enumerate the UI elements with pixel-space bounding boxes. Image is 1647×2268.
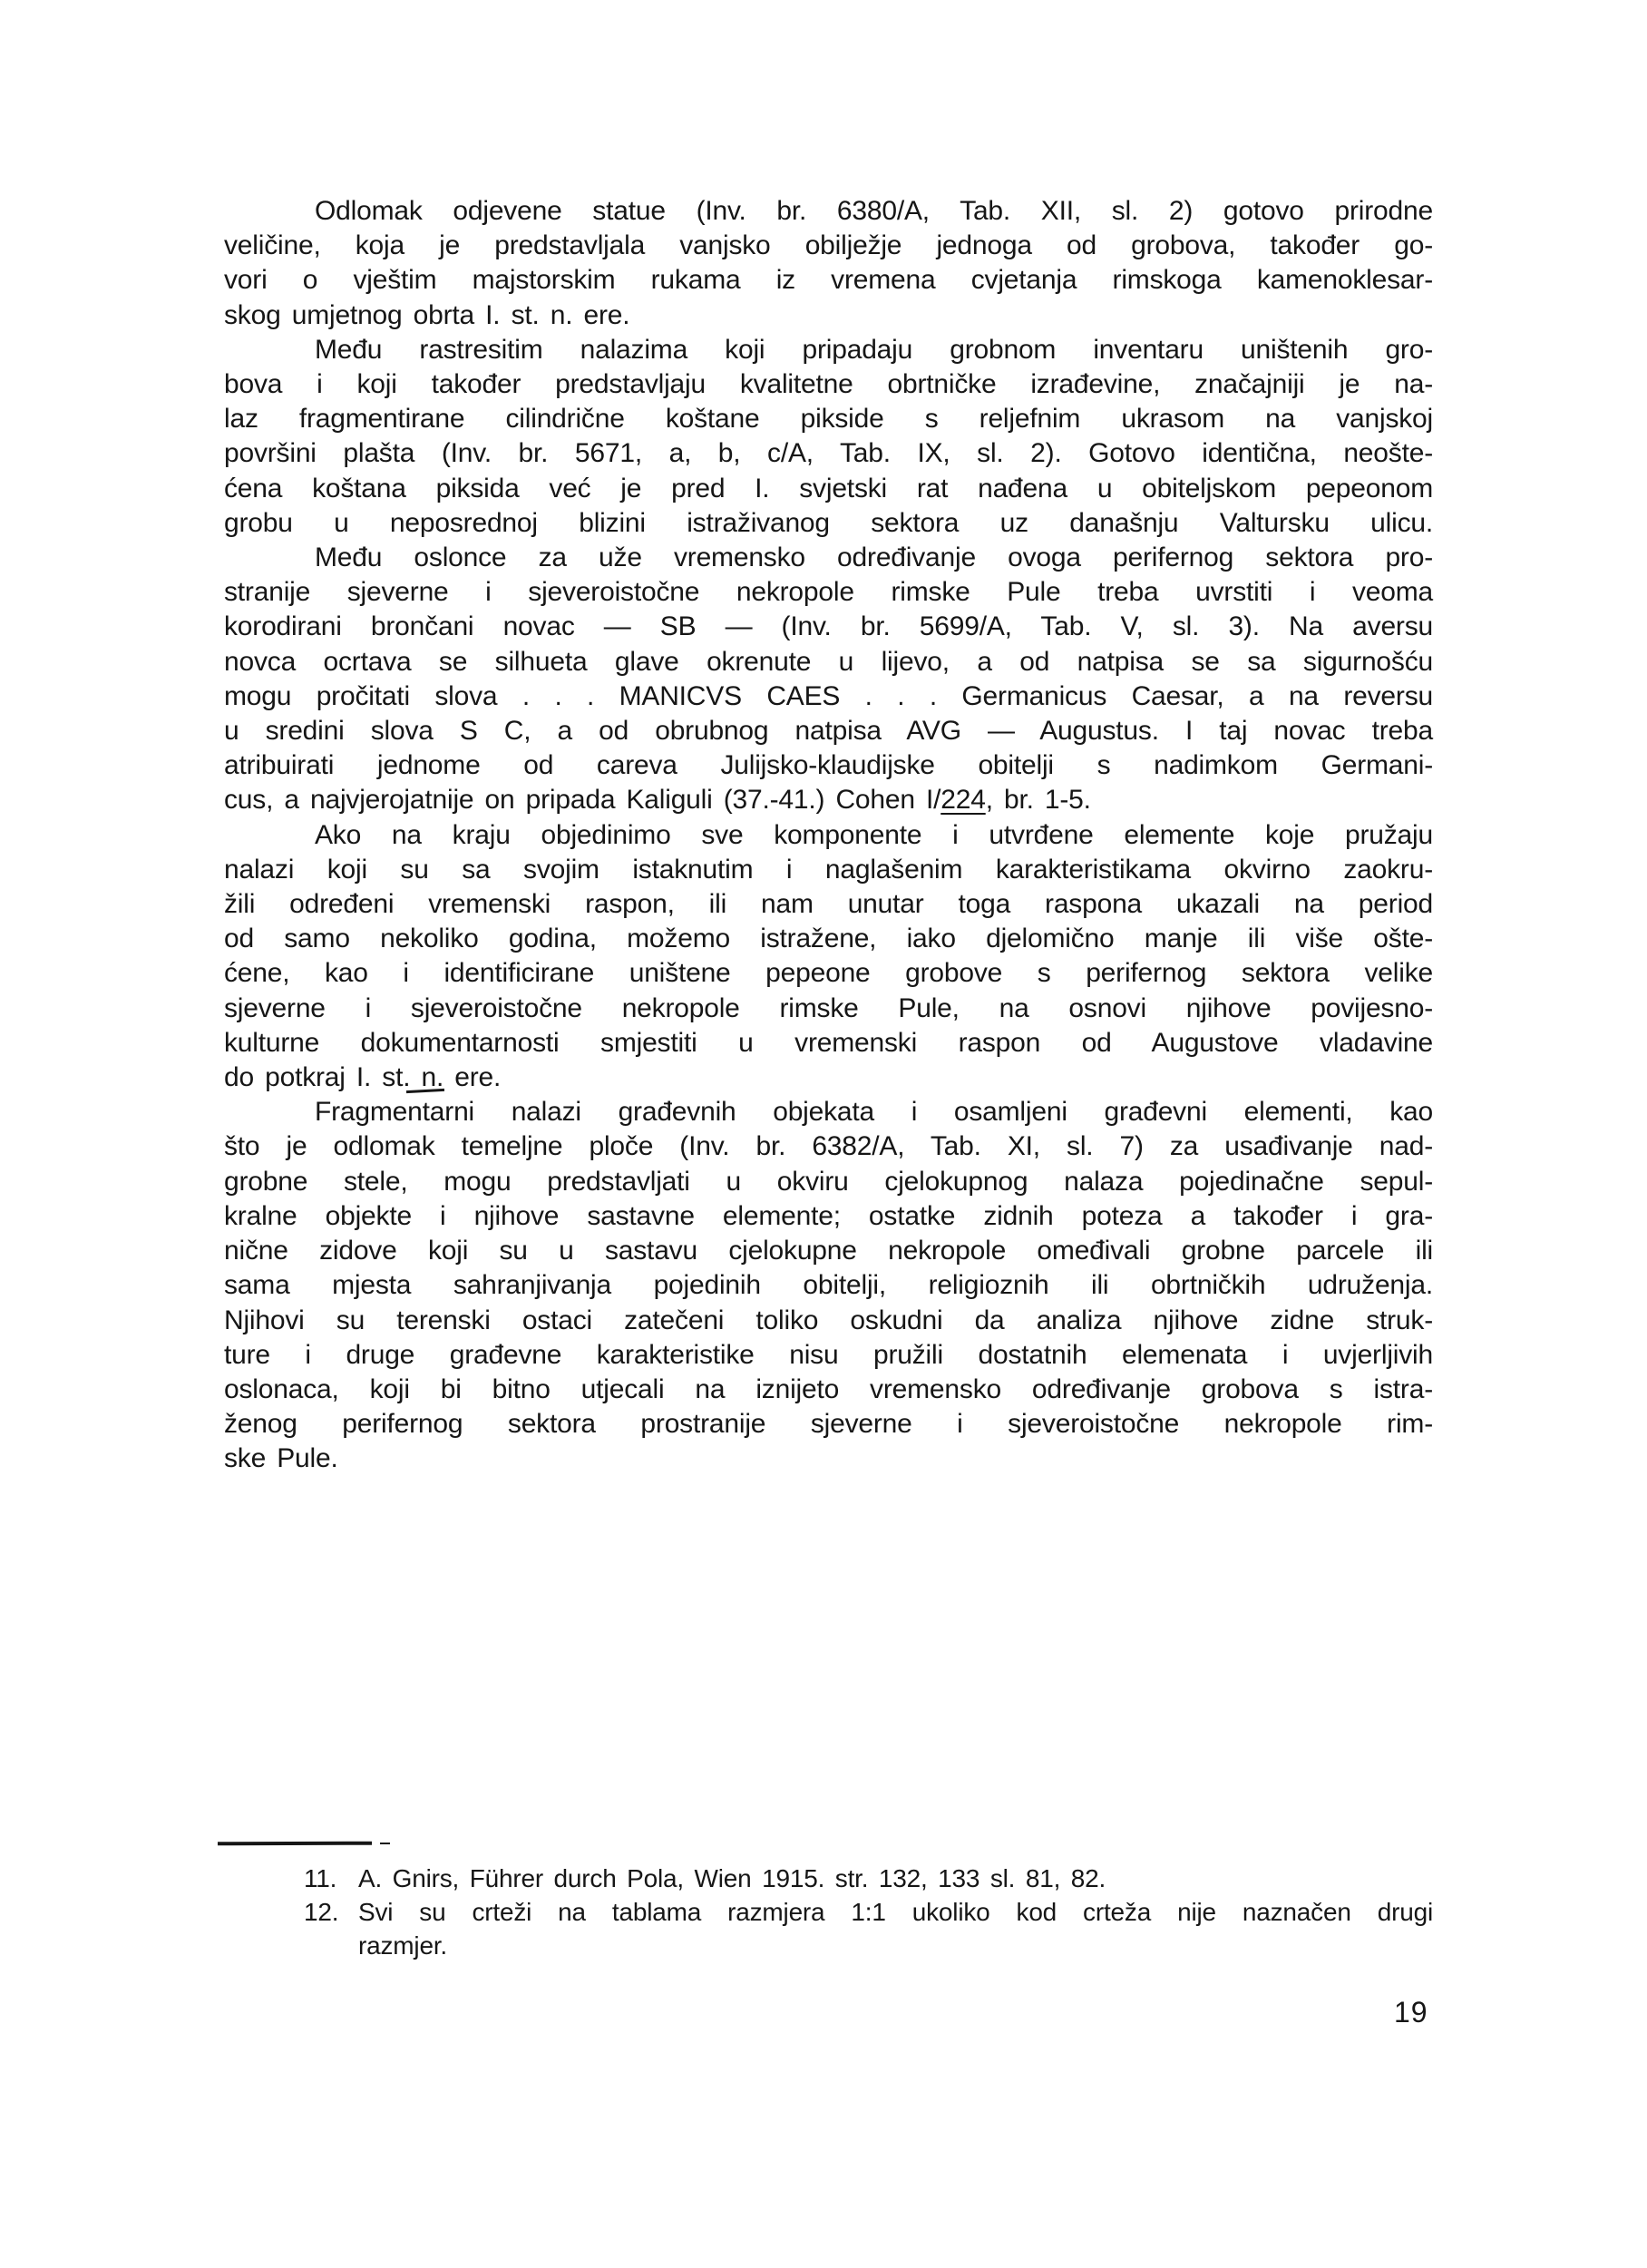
text-line: oslonaca, koji bi bitno utjecali na izni… bbox=[224, 1373, 1433, 1407]
text-line: grobne stele, mogu predstavljati u okvir… bbox=[224, 1165, 1433, 1199]
text-line: vori o vještim majstorskim rukama iz vre… bbox=[224, 263, 1433, 298]
text-line: ske Pule. bbox=[224, 1442, 1433, 1476]
footnote-text: Svi su crteži na tablama razmjera 1:1 uk… bbox=[358, 1895, 1433, 1962]
text-line: korodirani brončani novac — SB — (Inv. b… bbox=[224, 610, 1433, 644]
document-page: Odlomak odjevene statue (Inv. br. 6380/A… bbox=[0, 0, 1647, 2268]
underlined-text: 224 bbox=[940, 785, 985, 815]
text-line: veličine, koja je predstavljala vanjsko … bbox=[224, 229, 1433, 263]
text-line: bova i koji također predstavljaju kvalit… bbox=[224, 367, 1433, 402]
paragraph: Među oslonce za uže vremensko određivanj… bbox=[224, 541, 1433, 818]
text-line: što je odlomak temeljne ploče (Inv. br. … bbox=[224, 1129, 1433, 1164]
text-line: Ako na kraju objedinimo sve komponente i… bbox=[224, 818, 1433, 853]
footnote-rule-dash bbox=[380, 1843, 390, 1844]
footnote-rule bbox=[218, 1842, 392, 1846]
footnote-line: Svi su crteži na tablama razmjera 1:1 uk… bbox=[358, 1895, 1433, 1929]
text-line: skog umjetnog obrta I. st. n. ere. bbox=[224, 298, 1433, 333]
text-line: stranije sjeverne i sjeveroistočne nekro… bbox=[224, 575, 1433, 610]
text-line: novca ocrtava se silhueta glave okrenute… bbox=[224, 645, 1433, 679]
text-line: sama mjesta sahranjivanja pojedinih obit… bbox=[224, 1268, 1433, 1303]
text-line: Njihovi su terenski ostaci zatečeni toli… bbox=[224, 1304, 1433, 1338]
paragraph: Ako na kraju objedinimo sve komponente i… bbox=[224, 818, 1433, 1096]
text-line: sjeverne i sjeveroistočne nekropole rims… bbox=[224, 992, 1433, 1026]
text-line: atribuirati jednome od careva Julijsko-k… bbox=[224, 748, 1433, 783]
footnote-line: razmjer. bbox=[358, 1929, 1433, 1962]
print-artifact-mark: t bbox=[423, 1097, 430, 1127]
text-line: nične zidove koji su u sastavu cjelokupn… bbox=[224, 1234, 1433, 1268]
text-line: grobu u neposrednoj blizini istraživanog… bbox=[224, 506, 1433, 541]
text-line: Među oslonce za uže vremensko određivanj… bbox=[224, 541, 1433, 575]
text-line: ćena koštana piksida već je pred I. svje… bbox=[224, 472, 1433, 506]
footnote-text: A. Gnirs, Führer durch Pola, Wien 1915. … bbox=[358, 1862, 1433, 1895]
footnote-line: A. Gnirs, Führer durch Pola, Wien 1915. … bbox=[358, 1862, 1433, 1895]
text-line: mogu pročitati slova . . . MANICVS CAES … bbox=[224, 679, 1433, 714]
text-line: ženog perifernog sektora prostranije sje… bbox=[224, 1407, 1433, 1442]
page-number: 19 bbox=[1394, 1996, 1428, 2029]
text-line: laz fragmentirane cilindrične koštane pi… bbox=[224, 402, 1433, 436]
text-line: kulturne dokumentarnosti smjestiti u vre… bbox=[224, 1026, 1433, 1061]
text-line: ture i druge građevne karakteristike nis… bbox=[224, 1338, 1433, 1373]
paragraph: Fragmentarni nalazi građevnih objekata i… bbox=[224, 1095, 1433, 1476]
footnote-item: 12.Svi su crteži na tablama razmjera 1:1… bbox=[304, 1895, 1433, 1962]
text-line: ćene, kao i identificirane uništene pepe… bbox=[224, 956, 1433, 991]
text-line: Među rastresitim nalazima koji pripadaju… bbox=[224, 333, 1433, 367]
text-line: kralne objekte i njihove sastavne elemen… bbox=[224, 1199, 1433, 1234]
footnote-number: 12. bbox=[304, 1895, 358, 1929]
footnote-item: 11.A. Gnirs, Führer durch Pola, Wien 191… bbox=[304, 1862, 1433, 1895]
text-line: Odlomak odjevene statue (Inv. br. 6380/A… bbox=[224, 194, 1433, 229]
paragraph: Među rastresitim nalazima koji pripadaju… bbox=[224, 333, 1433, 541]
text-line: površini plašta (Inv. br. 5671, a, b, c/… bbox=[224, 436, 1433, 471]
footnote-rule-segment bbox=[218, 1842, 372, 1845]
body-text: Odlomak odjevene statue (Inv. br. 6380/A… bbox=[224, 194, 1433, 1477]
paragraph: Odlomak odjevene statue (Inv. br. 6380/A… bbox=[224, 194, 1433, 333]
footnotes: 11.A. Gnirs, Führer durch Pola, Wien 191… bbox=[304, 1862, 1433, 1962]
text-line: žili određeni vremenski raspon, ili nam … bbox=[224, 887, 1433, 922]
text-line: od samo nekoliko godina, možemo istražen… bbox=[224, 922, 1433, 956]
text-line: nalazi koji su sa svojim istaknutim i na… bbox=[224, 853, 1433, 887]
footnote-number: 11. bbox=[304, 1862, 358, 1895]
text-line: Fragmentarni nalazi građevnih objekata i… bbox=[224, 1095, 1433, 1129]
text-line: cus, a najvjerojatnije on pripada Kaligu… bbox=[224, 783, 1433, 817]
text-line: u sredini slova S C, a od obrubnog natpi… bbox=[224, 714, 1433, 748]
